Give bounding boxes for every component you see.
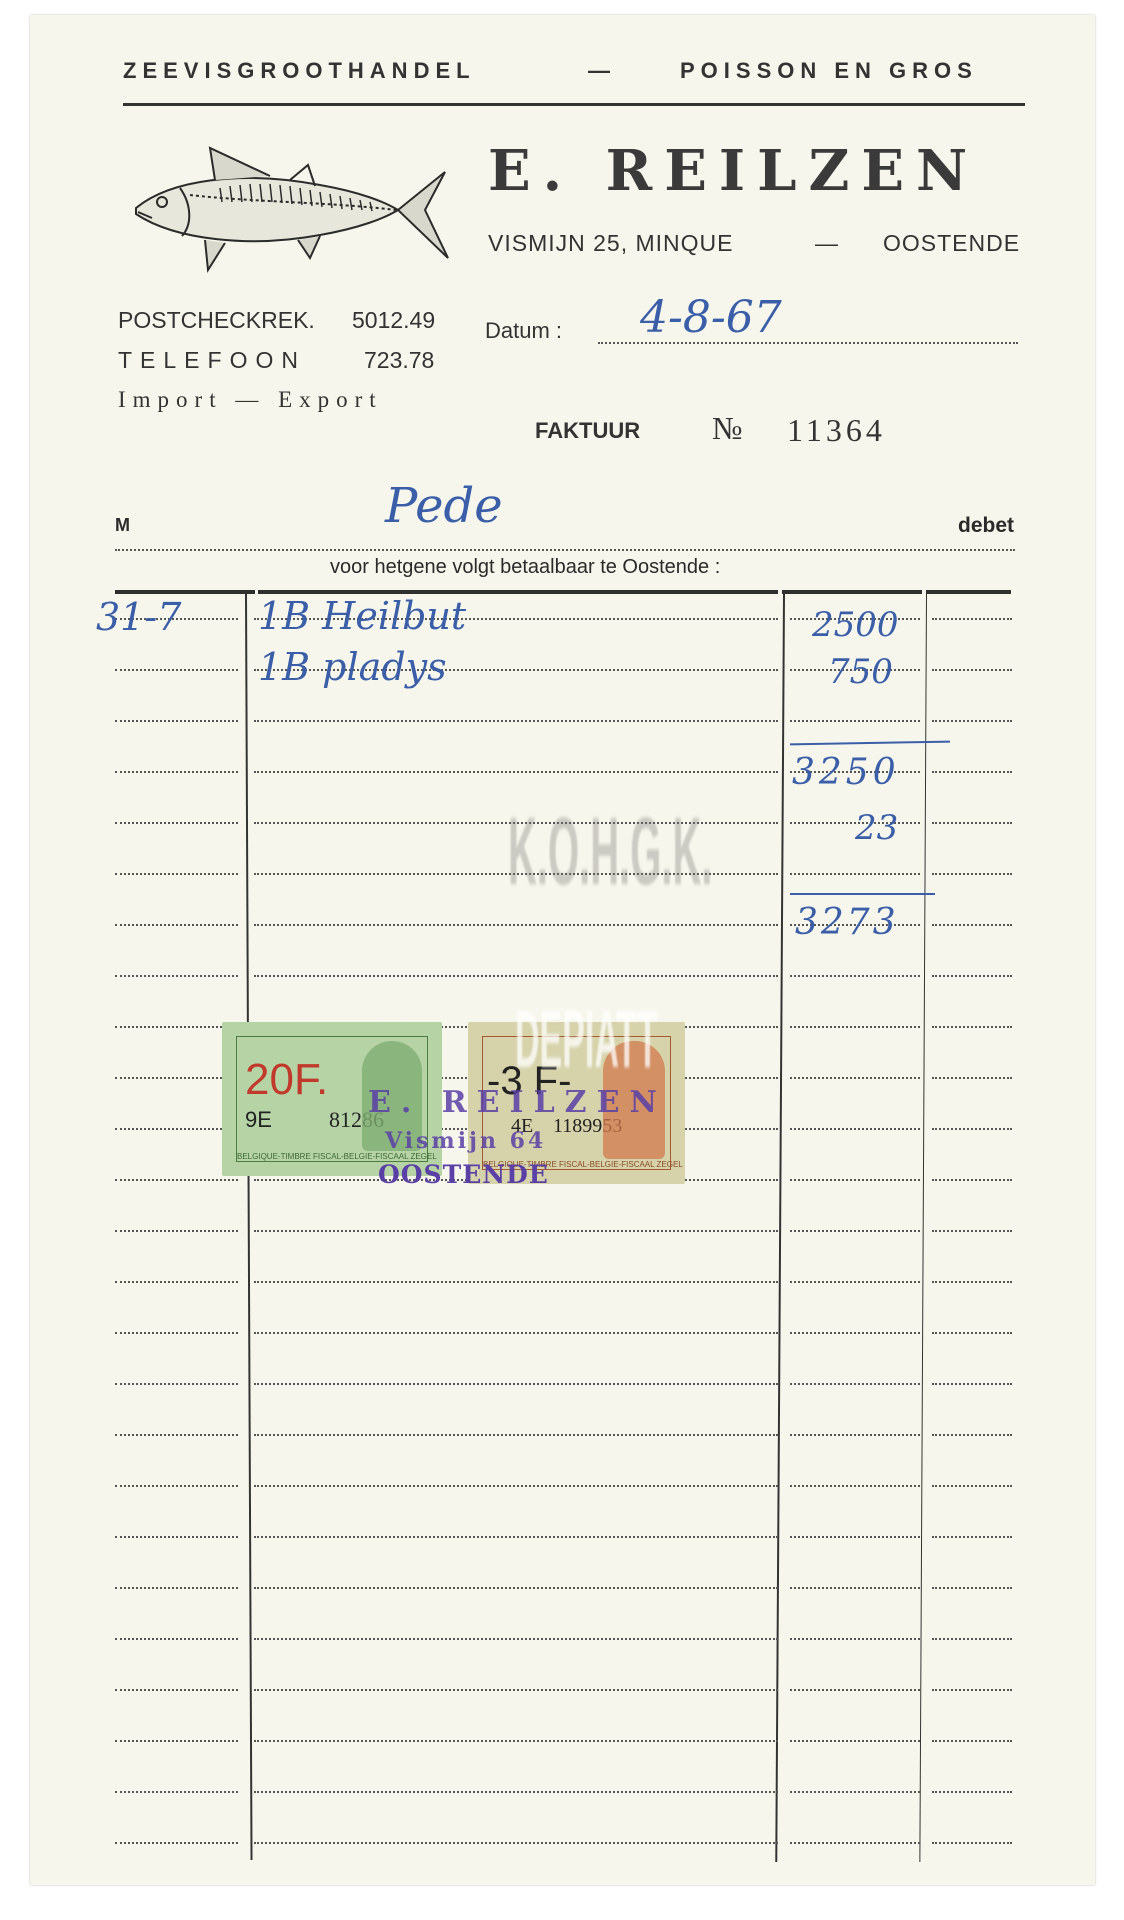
- row-rule: [932, 1281, 1012, 1283]
- row-rule: [115, 1179, 238, 1181]
- row-rule: [115, 1587, 238, 1589]
- header-rule: [123, 103, 1025, 106]
- row-rule: [932, 1332, 1012, 1334]
- row-rule: [932, 1077, 1012, 1079]
- row-rule: [932, 1128, 1012, 1130]
- row-rule: [790, 1026, 920, 1028]
- row-rule: [790, 720, 920, 722]
- row-rule: [115, 1230, 238, 1232]
- row-rule: [932, 1689, 1012, 1691]
- row-rule: [790, 1332, 920, 1334]
- row-rule: [254, 1638, 778, 1640]
- table-header-rule-amount: [782, 590, 922, 594]
- header-tag-dutch: ZEEVISGROOTHANDEL: [123, 58, 476, 84]
- row-rule: [932, 1485, 1012, 1487]
- phone-label: TELEFOON: [118, 347, 306, 374]
- date-value[interactable]: 4-8-67: [640, 292, 782, 343]
- row-rule: [254, 1383, 778, 1385]
- row-rule: [790, 1536, 920, 1538]
- row-rule: [115, 720, 238, 722]
- watermark-right: DEPIATT: [515, 995, 658, 1089]
- row-rule: [790, 1128, 920, 1130]
- table-header-rule-date: [115, 590, 255, 594]
- row-rule: [790, 1740, 920, 1742]
- row-rule: [790, 1587, 920, 1589]
- trade-type: Import — Export: [118, 387, 383, 413]
- company-name: E. REILZEN: [488, 138, 979, 204]
- postcheck-value: 5012.49: [352, 307, 435, 334]
- row-rule: [254, 1485, 778, 1487]
- invoice-paper: [30, 15, 1095, 1885]
- row-rule: [790, 1689, 920, 1691]
- row-rule: [790, 1791, 920, 1793]
- row-rule: [932, 1740, 1012, 1742]
- customer-prefix: M: [115, 515, 130, 536]
- row-rule: [115, 975, 238, 977]
- debet-label: debet: [958, 514, 1014, 538]
- row-rule: [932, 1791, 1012, 1793]
- row-rule: [115, 822, 238, 824]
- row-rule: [790, 1383, 920, 1385]
- number-sign: №: [712, 410, 743, 447]
- watermark-left: K.O.H.G.K.: [508, 800, 712, 908]
- row-rule: [790, 1179, 920, 1181]
- row-rule: [254, 1434, 778, 1436]
- row-rule: [115, 1026, 238, 1028]
- fish-icon: [130, 140, 450, 275]
- row-rule: [254, 1791, 778, 1793]
- row-rule: [254, 1332, 778, 1334]
- row-rule: [115, 924, 238, 926]
- company-address-street: VISMIJN 25, MINQUE: [488, 230, 733, 257]
- customer-line: [115, 549, 1015, 551]
- row-rule: [932, 1536, 1012, 1538]
- row-rule: [115, 669, 238, 671]
- date-label: Datum :: [485, 318, 562, 344]
- header-dash: —: [588, 58, 610, 84]
- row-rule: [932, 1638, 1012, 1640]
- row-rule: [254, 720, 778, 722]
- row-rule: [932, 1383, 1012, 1385]
- row-rule: [254, 1842, 778, 1844]
- row-rule: [254, 1689, 778, 1691]
- row-rule: [932, 1842, 1012, 1844]
- row-rule: [115, 1281, 238, 1283]
- company-address-city: OOSTENDE: [883, 230, 1020, 257]
- row-rule: [790, 1485, 920, 1487]
- row-rule: [790, 1434, 920, 1436]
- row-rule: [115, 1383, 238, 1385]
- row-rule: [932, 618, 1012, 620]
- rubber-stamp-name: E. REILZEN: [368, 1085, 667, 1120]
- row-rule: [115, 873, 238, 875]
- total-rule: [790, 893, 935, 895]
- row-rule: [115, 1536, 238, 1538]
- row-rule: [932, 1179, 1012, 1181]
- row-rule: [932, 1230, 1012, 1232]
- row-rule: [254, 975, 778, 977]
- row-rule: [115, 1842, 238, 1844]
- row-rule: [932, 822, 1012, 824]
- row-rule: [790, 1077, 920, 1079]
- row-rule: [932, 720, 1012, 722]
- row-rule: [115, 1485, 238, 1487]
- row-rule: [115, 1434, 238, 1436]
- faktuur-label: FAKTUUR: [535, 418, 640, 444]
- row-rule: [254, 1281, 778, 1283]
- total-amount[interactable]: 3273: [795, 902, 899, 943]
- row-rule: [254, 1587, 778, 1589]
- row-rule: [932, 924, 1012, 926]
- item-date[interactable]: 31-7: [96, 595, 181, 639]
- row-rule: [115, 1332, 238, 1334]
- stamp-value: 20F.: [245, 1055, 328, 1105]
- invoice-number: 11364: [787, 412, 886, 449]
- row-rule: [790, 1281, 920, 1283]
- row-rule: [790, 1638, 920, 1640]
- row-rule: [932, 1026, 1012, 1028]
- row-rule: [115, 771, 238, 773]
- phone-value: 723.78: [364, 347, 434, 374]
- rubber-stamp-city: OOSTENDE: [378, 1160, 549, 1189]
- item-amount[interactable]: 2500: [812, 605, 899, 645]
- item-description[interactable]: 1B pladys: [258, 645, 447, 689]
- row-rule: [115, 1638, 238, 1640]
- item-amount[interactable]: 750: [828, 652, 893, 692]
- row-rule: [115, 1128, 238, 1130]
- table-header-rule-extra: [926, 590, 1011, 594]
- row-rule: [254, 924, 778, 926]
- header-tag-french: POISSON EN GROS: [680, 58, 978, 84]
- row-rule: [790, 1842, 920, 1844]
- rubber-stamp-address: Vismijn 64: [385, 1128, 546, 1154]
- item-description[interactable]: 1B Heilbut: [258, 594, 466, 638]
- row-rule: [254, 1230, 778, 1232]
- row-rule: [932, 1587, 1012, 1589]
- row-rule: [254, 1536, 778, 1538]
- subtotal-amount[interactable]: 3250: [792, 752, 900, 793]
- customer-name[interactable]: Pede: [385, 478, 503, 534]
- address-dash: —: [815, 230, 839, 257]
- tax-amount[interactable]: 23: [855, 808, 898, 848]
- row-rule: [932, 873, 1012, 875]
- row-rule: [115, 1791, 238, 1793]
- row-rule: [790, 975, 920, 977]
- postcheck-label: POSTCHECKREK.: [118, 307, 315, 334]
- payable-note: voor hetgene volgt betaalbaar te Oostend…: [330, 556, 720, 579]
- stamp-series: 9E: [245, 1107, 272, 1133]
- row-rule: [115, 1740, 238, 1742]
- row-rule: [115, 1689, 238, 1691]
- row-rule: [790, 873, 920, 875]
- row-rule: [932, 771, 1012, 773]
- row-rule: [790, 1230, 920, 1232]
- row-rule: [254, 771, 778, 773]
- row-rule: [932, 669, 1012, 671]
- row-rule: [932, 975, 1012, 977]
- row-rule: [115, 1077, 238, 1079]
- row-rule: [932, 1434, 1012, 1436]
- row-rule: [254, 1740, 778, 1742]
